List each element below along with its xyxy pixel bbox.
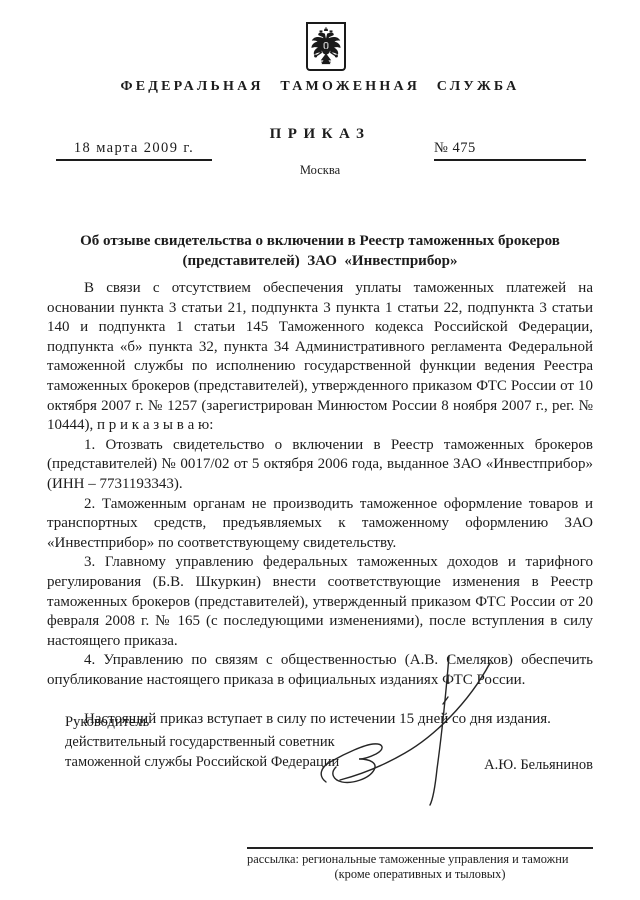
issue-city: Москва xyxy=(0,163,640,178)
paragraph-item-4: 4. Управлению по связям с общественность… xyxy=(47,651,593,690)
distribution-line2: (кроме оперативных и тыловых) xyxy=(247,867,593,882)
document-page: ФЕДЕРАЛЬНАЯ ТАМОЖЕННАЯ СЛУЖБА ПРИКАЗ 18 … xyxy=(0,0,640,900)
paragraph-item-1: 1. Отозвать свидетельство о включении в … xyxy=(47,436,593,495)
order-number-field: № 475 xyxy=(434,140,586,161)
order-title: Об отзыве свидетельства о включении в Ре… xyxy=(0,231,640,271)
signatory-position-line1: Руководитель xyxy=(65,712,339,732)
russia-coat-of-arms-icon xyxy=(306,22,346,71)
signatory-position-line3: таможенной службы Российской Федерации xyxy=(65,752,339,772)
order-body: В связи с отсутствием обеспечения уплаты… xyxy=(47,279,593,730)
distribution-line1: рассылка: региональные таможенные управл… xyxy=(247,852,593,867)
paragraph-preamble: В связи с отсутствием обеспечения уплаты… xyxy=(47,279,593,436)
org-name: ФЕДЕРАЛЬНАЯ ТАМОЖЕННАЯ СЛУЖБА xyxy=(0,79,640,95)
order-title-line1: Об отзыве свидетельства о включении в Ре… xyxy=(0,231,640,251)
distribution-note: рассылка: региональные таможенные управл… xyxy=(247,847,593,882)
signatory-name: А.Ю. Бельянинов xyxy=(484,757,593,774)
signatory-position: Руководитель действительный государствен… xyxy=(65,712,339,772)
paragraph-item-2: 2. Таможенным органам не производить там… xyxy=(47,495,593,554)
order-date-field: 18 марта 2009 г. xyxy=(56,140,212,161)
paragraph-item-3: 3. Главному управлению федеральных тамож… xyxy=(47,553,593,651)
signatory-position-line2: действительный государственный советник xyxy=(65,732,339,752)
order-title-line2: (представителей) ЗАО «Инвестприбор» xyxy=(0,251,640,271)
